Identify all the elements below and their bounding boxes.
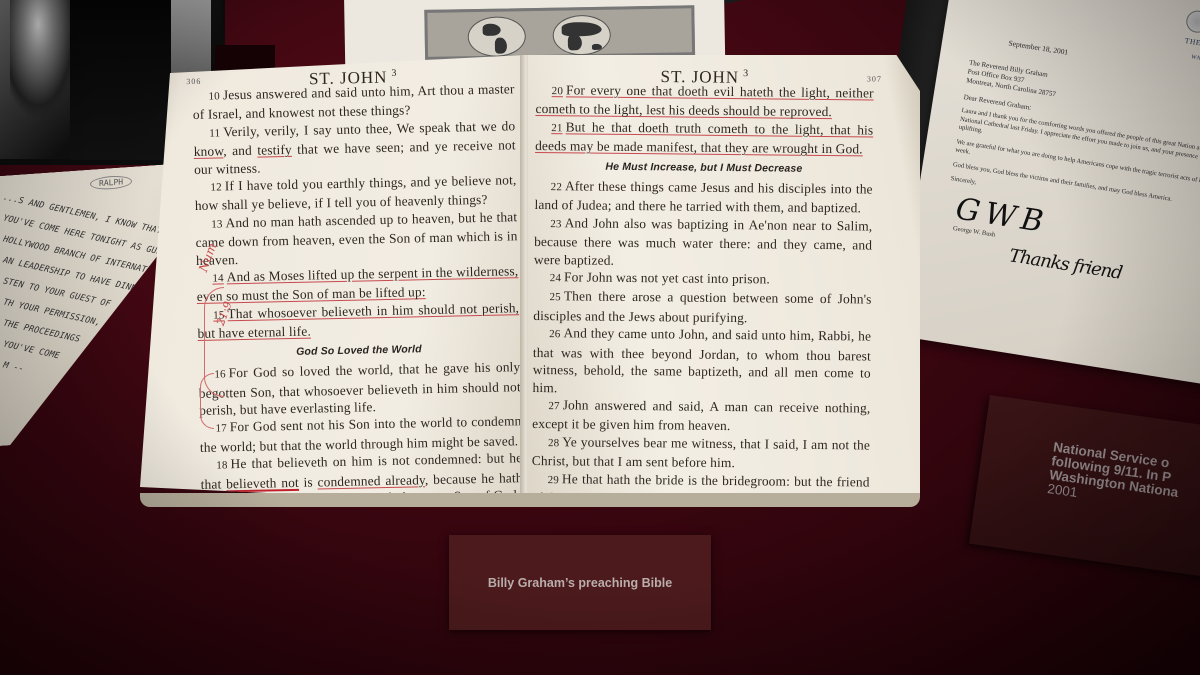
running-head: ST. JOHN3 307 [536,63,874,85]
museum-label-text: Billy Graham’s preaching Bible [488,576,672,590]
white-house-letter: THE WHITE HO WASHINGTON September 18, 20… [896,0,1200,385]
open-bible: 306 ST. JOHN3 10Jesus answered and said … [140,55,920,505]
verse-underlined: 21But he that doeth truth cometh to the … [535,118,873,158]
page-number: 306 [186,73,201,91]
museum-label: Billy Graham’s preaching Bible [449,535,711,630]
verse: 22After these things came Jesus and his … [534,177,872,217]
verse: 13And no man hath ascended up to heaven,… [195,208,518,269]
verse-underlined: 20For every one that doeth evil hateth t… [535,81,873,121]
page-number: 307 [867,70,882,88]
verse-underlined: 15That whosoever believeth in him should… [197,299,520,343]
book-page-edges [140,493,920,507]
circled-name: RALPH [90,175,132,191]
eastern-hemisphere-icon [552,15,611,56]
presidential-seal-icon [1185,9,1200,34]
handwritten-signature: G W B [954,193,1200,265]
verse: 29He that hath the bride is the bridegro… [531,470,870,545]
left-page: 306 ST. JOHN3 10Jesus answered and said … [140,55,525,505]
verse: 23And John also was baptizing in Ae'non … [534,214,873,272]
letterhead: THE WHITE HO WASHINGTON [1182,37,1200,69]
verse: 16For God so loved the world, that he ga… [198,358,521,419]
verse: 26And they came unto John, and said unto… [533,324,872,399]
section-heading: He Must Increase, but I Must Decrease [535,158,873,179]
verse: 28Ye yourselves bear me witness, that I … [532,433,870,473]
verse: 11Verily, verily, I say unto thee, We sp… [193,117,516,178]
exhibit-placard: National Service o following 9/11. In P … [969,395,1200,580]
red-pen-bracket [200,373,214,429]
verse: 27John answered and said, A man can rece… [532,396,870,436]
map-frame [424,5,695,60]
right-page: ST. JOHN3 307 20For every one that doeth… [528,55,920,505]
verse: 25Then there arose a question between so… [533,287,871,327]
western-hemisphere-icon [467,16,526,57]
museum-display-case: RALPH ...S AND GENTLEMEN, I KNOW THAT YO… [0,0,1200,675]
